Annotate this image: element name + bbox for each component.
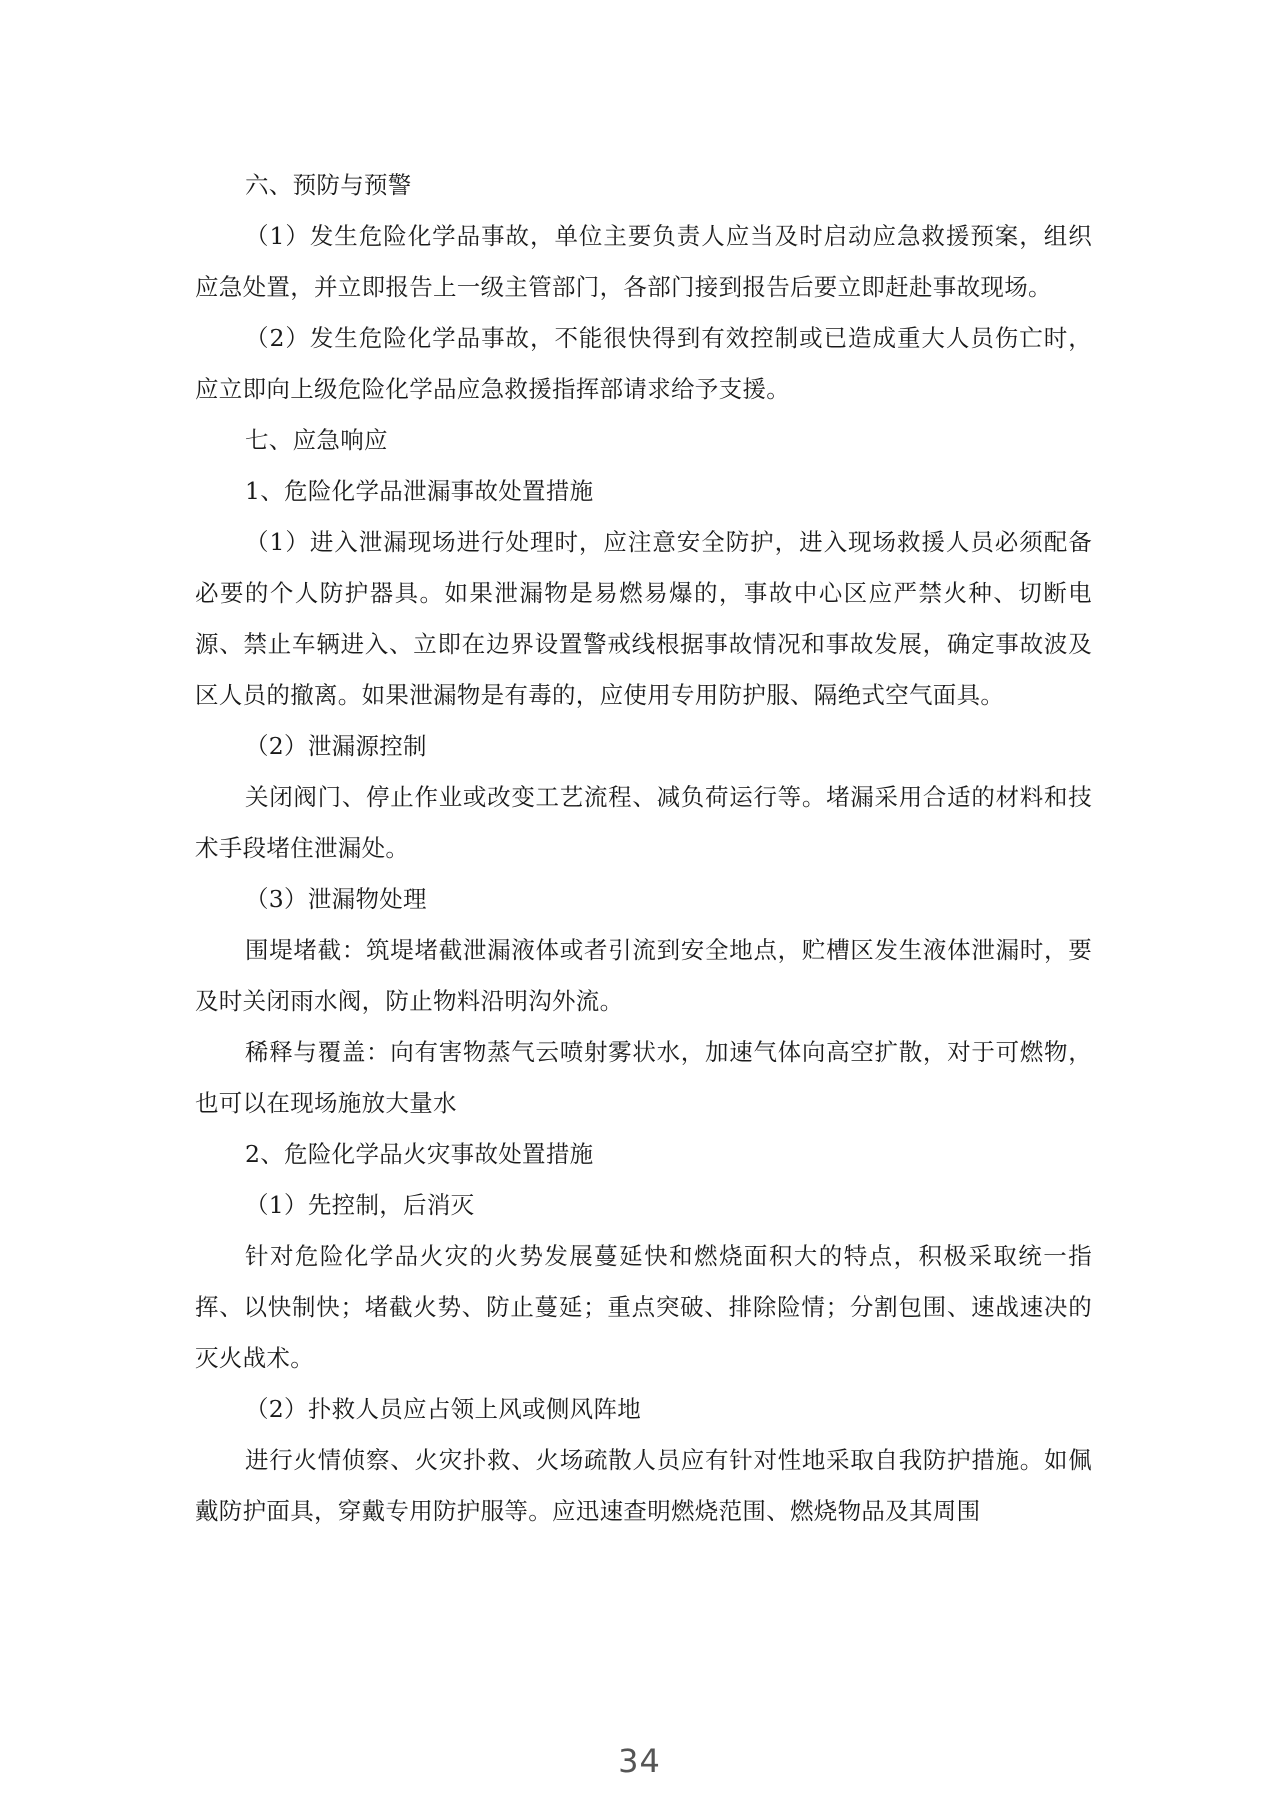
page-number: 34 [0, 1742, 1279, 1780]
document-body: 六、预防与预警 （1）发生危险化学品事故，单位主要负责人应当及时启动应急救援预案… [195, 160, 1092, 1537]
section-heading-response: 七、应急响应 [195, 415, 1092, 466]
paragraph-leak-1: （1）进入泄漏现场进行处理时，应注意安全防护，进入现场救援人员必须配备必要的个人… [195, 517, 1092, 721]
paragraph-fire-tactics: 针对危险化学品火灾的火势发展蔓延快和燃烧面积大的特点，积极采取统一指挥、以快制快… [195, 1231, 1092, 1384]
subheading-leak-material-handling: （3）泄漏物处理 [195, 874, 1092, 925]
paragraph-prevention-1: （1）发生危险化学品事故，单位主要负责人应当及时启动应急救援预案，组织应急处置，… [195, 211, 1092, 313]
subheading-control-first: （1）先控制，后消灭 [195, 1180, 1092, 1231]
document-page: 六、预防与预警 （1）发生危险化学品事故，单位主要负责人应当及时启动应急救援预案… [0, 0, 1279, 1809]
subheading-fire-measures: 2、危险化学品火灾事故处置措施 [195, 1129, 1092, 1180]
paragraph-prevention-2: （2）发生危险化学品事故，不能很快得到有效控制或已造成重大人员伤亡时，应立即向上… [195, 313, 1092, 415]
subheading-leak-measures: 1、危险化学品泄漏事故处置措施 [195, 466, 1092, 517]
paragraph-fire-protection: 进行火情侦察、火灾扑救、火场疏散人员应有针对性地采取自我防护措施。如佩戴防护面具… [195, 1435, 1092, 1537]
paragraph-dike-containment: 围堤堵截：筑堤堵截泄漏液体或者引流到安全地点，贮槽区发生液体泄漏时，要及时关闭雨… [195, 925, 1092, 1027]
paragraph-leak-source-control: 关闭阀门、停止作业或改变工艺流程、减负荷运行等。堵漏采用合适的材料和技术手段堵住… [195, 772, 1092, 874]
paragraph-dilution-cover: 稀释与覆盖：向有害物蒸气云喷射雾状水，加速气体向高空扩散，对于可燃物，也可以在现… [195, 1027, 1092, 1129]
subheading-upwind-position: （2）扑救人员应占领上风或侧风阵地 [195, 1384, 1092, 1435]
subheading-leak-source-control: （2）泄漏源控制 [195, 721, 1092, 772]
section-heading-prevention: 六、预防与预警 [195, 160, 1092, 211]
